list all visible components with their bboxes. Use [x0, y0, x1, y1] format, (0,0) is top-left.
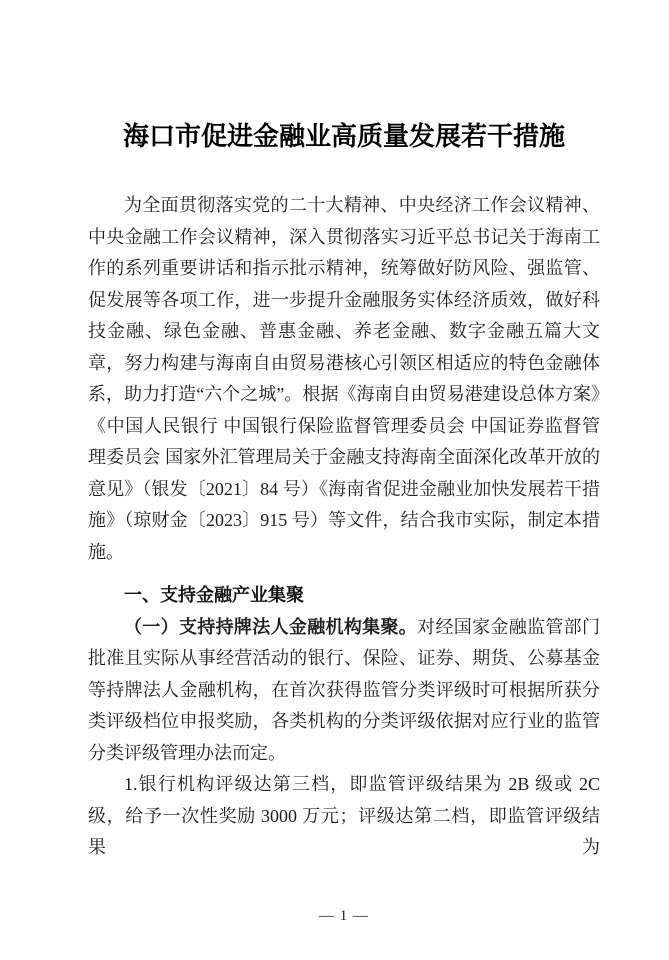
document-page: 海口市促进金融业高质量发展若干措施 为全面贯彻落实党的二十大精神、中央经济工作会… — [0, 0, 669, 960]
bold-text-run: 一、支持金融产业集聚 — [124, 585, 304, 605]
section-heading: 一、支持金融产业集聚 — [88, 580, 600, 612]
paragraph: 为全面贯彻落实党的二十大精神、中央经济工作会议精神、中央金融工作会议精神，深入贯… — [88, 190, 600, 568]
document-title: 海口市促进金融业高质量发展若干措施 — [88, 0, 600, 156]
document-body: 为全面贯彻落实党的二十大精神、中央经济工作会议精神、中央金融工作会议精神，深入贯… — [88, 190, 600, 864]
text-run: 为全面贯彻落实党的二十大精神、中央经济工作会议精神、中央金融工作会议精神，深入贯… — [88, 195, 600, 562]
text-run: 对经国家金融监管部门批准且实际从事经营活动的银行、保险、证券、期货、公募基金等持… — [88, 617, 600, 763]
text-run: 1.银行机构评级达第三档，即监管评级结果为 2B 级或 2C 级，给予一次性奖励… — [88, 774, 600, 857]
page-number: — 1 — — [88, 906, 600, 926]
paragraph: 1.银行机构评级达第三档，即监管评级结果为 2B 级或 2C 级，给予一次性奖励… — [88, 769, 600, 864]
bold-text-run: （一）支持持牌法人金融机构集聚。 — [124, 617, 417, 637]
paragraph: （一）支持持牌法人金融机构集聚。对经国家金融监管部门批准且实际从事经营活动的银行… — [88, 612, 600, 770]
document-content: 海口市促进金融业高质量发展若干措施 为全面贯彻落实党的二十大精神、中央经济工作会… — [88, 0, 600, 864]
